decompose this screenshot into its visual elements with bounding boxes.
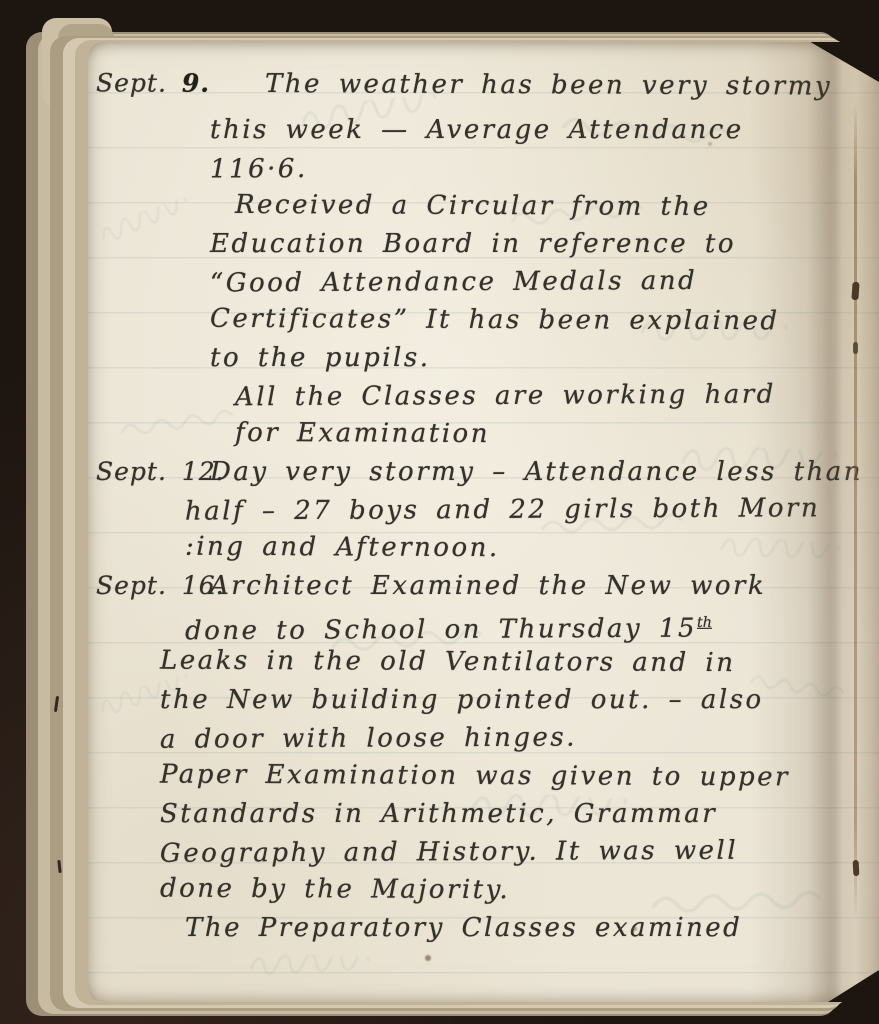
journal-line: half – 27 boys and 22 girls both Morn xyxy=(88,489,879,531)
entry-text: this week — Average Attendance xyxy=(210,111,744,149)
entry-text: Architect Examined the New work xyxy=(210,567,766,605)
photo-background: Sept. 9.The weather has been very stormy… xyxy=(0,0,879,1024)
journal-line: to the pupils. xyxy=(88,339,879,377)
journal-line: All the Classes are working hard xyxy=(88,375,879,417)
journal-line: Sept. 16.Architect Examined the New work xyxy=(88,567,879,605)
journal-line: Leaks in the old Ventilators and in xyxy=(88,641,879,682)
journal-line: Standards in Arithmetic, Grammar xyxy=(88,795,879,833)
journal-line: done to School on Thursday 15th xyxy=(88,603,879,645)
entry-text: :ing and Afternoon. xyxy=(185,528,500,567)
entry-date: Sept. 16. xyxy=(96,567,225,605)
entry-text: The Preparatory Classes examined xyxy=(185,909,742,947)
foxing-spot xyxy=(708,142,712,146)
entry-text: “Good Attendance Medals and xyxy=(210,262,697,303)
entry-text: to the pupils. xyxy=(210,339,430,377)
journal-line: Certificates” It has been explained xyxy=(88,299,879,340)
entry-text: Geography and History. It was well xyxy=(160,832,738,873)
entry-text: 116·6. xyxy=(210,150,308,189)
journal-lines: Sept. 9.The weather has been very stormy… xyxy=(88,66,879,947)
entry-date: Sept. 9. xyxy=(96,64,210,102)
journal-line: Paper Examination was given to upper xyxy=(88,755,879,796)
binding-stitch-knot xyxy=(853,860,860,876)
entry-text: Leaks in the old Ventilators and in xyxy=(160,642,736,683)
entry-date: Sept. 12. xyxy=(96,453,225,491)
journal-line: :ing and Afternoon. xyxy=(88,527,879,568)
logbook-page: Sept. 9.The weather has been very stormy… xyxy=(88,42,879,1002)
entry-text: Day very stormy – Attendance less than xyxy=(210,453,863,491)
entry-text: Certificates” It has been explained xyxy=(210,300,780,340)
entry-text: All the Classes are working hard xyxy=(235,375,776,416)
foxing-spot xyxy=(633,927,637,931)
entry-text: for Examination xyxy=(235,414,490,453)
journal-line: Sept. 12.Day very stormy – Attendance le… xyxy=(88,453,879,491)
journal-line: Education Board in reference to xyxy=(88,225,879,263)
entry-text: Education Board in reference to xyxy=(210,225,736,263)
journal-line: for Examination xyxy=(88,413,879,454)
binding-stitch xyxy=(854,100,857,922)
entry-text: a door with loose hinges. xyxy=(160,719,577,759)
journal-line: the New building pointed out. – also xyxy=(88,681,879,719)
journal-line: Geography and History. It was well xyxy=(88,831,879,873)
journal-line: Received a Circular from the xyxy=(88,185,879,226)
entry-text: done by the Majority. xyxy=(160,870,510,910)
entry-text: the New building pointed out. – also xyxy=(160,681,764,719)
foxing-spot xyxy=(425,955,431,961)
paper-smudge xyxy=(855,60,871,86)
ghost-writing xyxy=(248,953,379,984)
journal-line: The Preparatory Classes examined xyxy=(88,909,879,947)
entry-text: Paper Examination was given to upper xyxy=(160,756,790,797)
entry-text: Standards in Arithmetic, Grammar xyxy=(160,795,717,833)
entry-text: Received a Circular from the xyxy=(235,186,711,226)
binding-stitch-knot xyxy=(851,282,859,300)
journal-line: “Good Attendance Medals and xyxy=(88,261,879,303)
journal-line: 116·6. xyxy=(88,147,879,189)
entry-text: The weather has been very stormy xyxy=(265,65,832,105)
journal-line: Sept. 9.The weather has been very stormy xyxy=(88,64,879,105)
entry-text: half – 27 boys and 22 girls both Morn xyxy=(185,489,820,530)
journal-line: this week — Average Attendance xyxy=(88,111,879,149)
journal-line: a door with loose hinges. xyxy=(88,717,879,759)
binding-stitch-knot xyxy=(853,342,858,354)
background-wedge xyxy=(825,970,879,1002)
journal-line: done by the Majority. xyxy=(88,869,879,910)
